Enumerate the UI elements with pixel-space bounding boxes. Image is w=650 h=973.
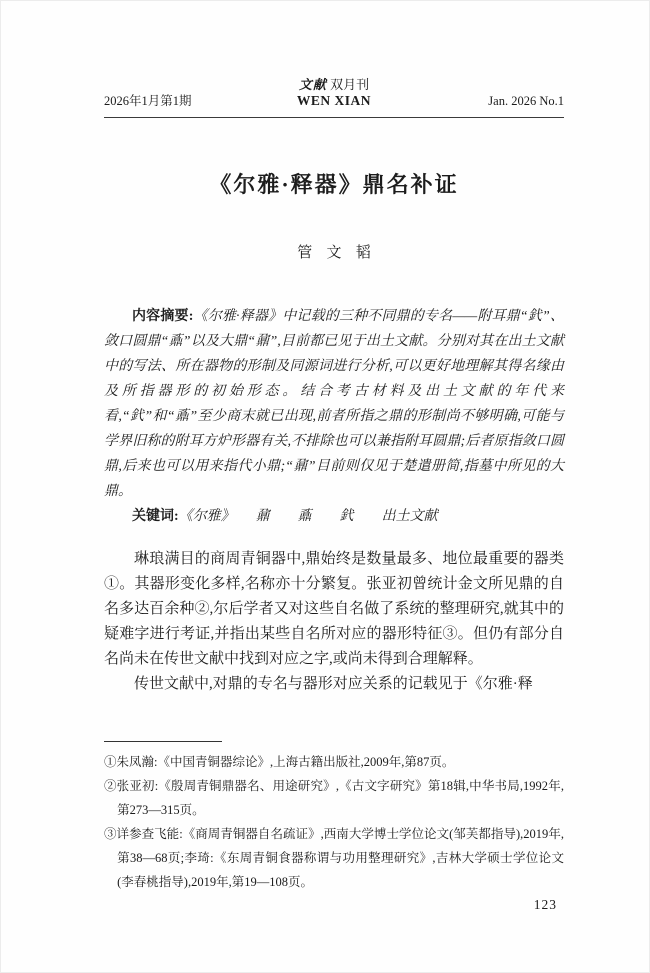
journal-name-en: WEN XIAN [297, 93, 371, 109]
keywords-text: 《尔雅》 鼐 鼒 釴 出土文献 [179, 509, 438, 524]
article-title: 《尔雅·释器》鼎名补证 [104, 170, 564, 200]
footnotes-section: ①朱凤瀚:《中国青铜器综论》,上海古籍出版社,2009年,第87页。 ②张亚初:… [104, 750, 564, 894]
footnote-1: ①朱凤瀚:《中国青铜器综论》,上海古籍出版社,2009年,第87页。 [104, 750, 564, 774]
abstract-paragraph: 内容摘要:《尔雅·释器》中记载的三种不同鼎的专名——附耳鼎“釴”、敛口圆鼎“鼒”… [104, 304, 564, 504]
abstract-text: 《尔雅·释器》中记载的三种不同鼎的专名——附耳鼎“釴”、敛口圆鼎“鼒”以及大鼎“… [104, 309, 564, 499]
journal-frequency: 双月刊 [330, 77, 369, 92]
issue-date-en: Jan. 2026 No.1 [424, 93, 564, 109]
journal-name-cn: 文献 [299, 77, 327, 92]
page-content: 2026年1月第1期 文献 双月刊 WEN XIAN Jan. 2026 No.… [104, 77, 564, 894]
footnote-divider [104, 741, 222, 742]
issue-date-cn: 2026年1月第1期 [104, 93, 244, 109]
journal-page: 2026年1月第1期 文献 双月刊 WEN XIAN Jan. 2026 No.… [0, 0, 650, 973]
footnote-2: ②张亚初:《殷周青铜鼎器名、用途研究》,《古文字研究》第18辑,中华书局,199… [104, 774, 564, 822]
abstract-label: 内容摘要: [132, 309, 193, 324]
footnote-3: ③详参查飞能:《商周青铜器自名疏证》,西南大学博士学位论文(邹芙都指导),201… [104, 822, 564, 894]
journal-name-line: 文献 双月刊 [297, 77, 371, 93]
article-author: 管文韬 [104, 242, 564, 264]
page-number: 123 [534, 897, 557, 913]
header-divider [104, 117, 564, 118]
abstract-section: 内容摘要:《尔雅·释器》中记载的三种不同鼎的专名——附耳鼎“釴”、敛口圆鼎“鼒”… [104, 304, 564, 529]
keywords-label: 关键词: [132, 509, 179, 524]
body-paragraph-1: 琳琅满目的商周青铜器中,鼎始终是数量最多、地位最重要的器类①。其器形变化多样,名… [104, 547, 564, 672]
article-body: 琳琅满目的商周青铜器中,鼎始终是数量最多、地位最重要的器类①。其器形变化多样,名… [104, 547, 564, 697]
body-paragraph-2: 传世文献中,对鼎的专名与器形对应关系的记载见于《尔雅·释 [104, 672, 564, 697]
running-head: 2026年1月第1期 文献 双月刊 WEN XIAN Jan. 2026 No.… [104, 77, 564, 109]
keywords-line: 关键词:《尔雅》 鼐 鼒 釴 出土文献 [104, 504, 564, 529]
journal-masthead: 文献 双月刊 WEN XIAN [297, 77, 371, 109]
